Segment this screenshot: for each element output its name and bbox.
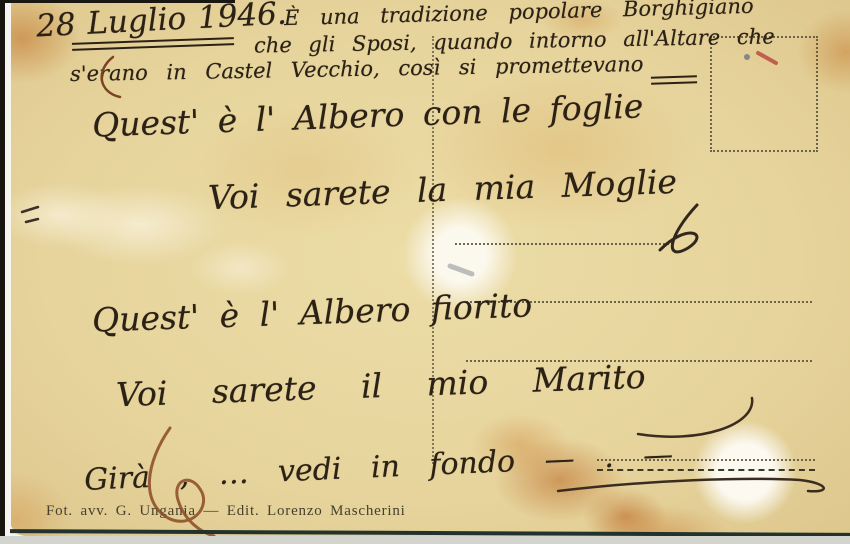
- double-dash-mark: [651, 75, 697, 85]
- scan-edge-top: [0, 0, 235, 3]
- address-line-1: [455, 243, 673, 245]
- postcard-scan: 28 Luglio 1946. È una tradizione popolar…: [0, 0, 850, 544]
- photographer-caption: Fot. avv. G. Ungania — Edit. Lorenzo Mas…: [46, 503, 406, 520]
- scan-edge-left-light: [5, 0, 11, 544]
- stamp-box: [710, 36, 818, 152]
- scan-edge-bottom: [0, 536, 850, 544]
